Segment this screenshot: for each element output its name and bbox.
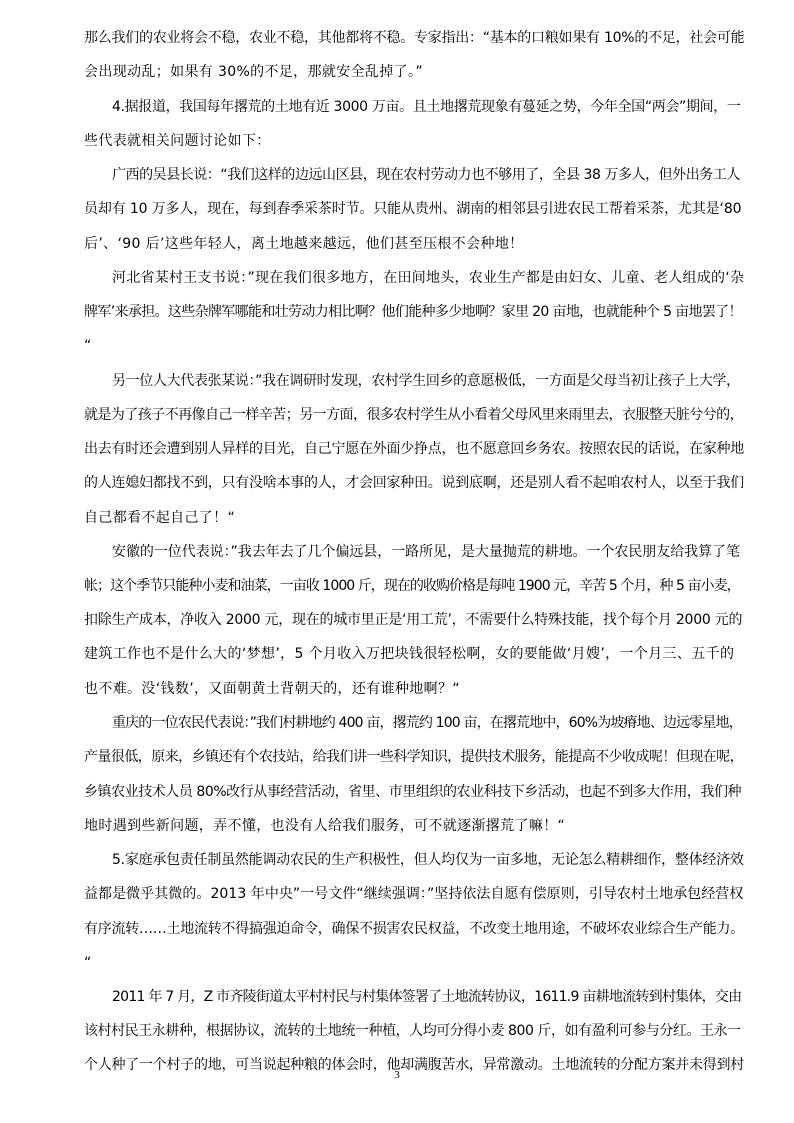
text-line: 河北省某村王支书说：”现在我们很多地方，在田间地头，农业生产都是由妇女、儿童、老… [112, 268, 744, 288]
text-line: 该村村民王永耕种，根据协议，流转的土地统一种植，人均可分得小麦 800 斤，如有… [84, 1021, 744, 1041]
text-line: 乡镇农业技术人员 80%改行从事经营活动，省里、市里组织的农业科技下乡活动，也起… [84, 782, 744, 802]
text-line: 出去有时还会遭到别人异样的目光，自己宁愿在外面少挣点，也不愿意回乡务农。按照农民… [84, 439, 744, 459]
text-line: 益都是微乎其微的。2013 年中央”一号文件“继续强调：”坚持依法自愿有偿原则，… [84, 884, 744, 904]
text-line: 后’、‘90 后’这些年轻人，离土地越来越远，他们甚至压根不会种地！ [84, 234, 744, 254]
text-line: 自己都看不起自己了！“ [84, 508, 744, 528]
text-line: 牌军’来承担。这些杂牌军哪能和壮劳动力相比啊？他们能种多少地啊？家里 20 亩地… [84, 302, 744, 322]
text-line: “ [84, 953, 744, 973]
text-line: “ [84, 336, 744, 356]
text-line: 5.家庭承包责任制虽然能调动农民的生产积极性，但人均仅为一亩多地，无论怎么精耕细… [112, 850, 744, 870]
document-page: 那么我们的农业将会不稳，农业不稳，其他都将不稳。专家指出：“基本的口粮如果有 1… [0, 0, 794, 1123]
text-line: 也不难。没‘钱数’，又面朝黄土背朝天的，还有谁种地啊？“ [84, 679, 744, 699]
text-line: 员却有 10 万多人，现在，每到春季采茶时节。只能从贵州、湖南的相邻县引进农民工… [84, 199, 744, 219]
page-number: 3 [0, 1069, 794, 1081]
text-line: 地时遇到些新问题，弄不懂，也没有人给我们服务，可不就逐渐撂荒了嘛！“ [84, 816, 744, 836]
text-line: 的人连媳妇都找不到，只有没啥本事的人，才会回家种田。说到底啊，还是别人看不起咱农… [84, 473, 744, 493]
text-line: 安徽的一位代表说：”我去年去了几个偏远县，一路所见，是大量抛荒的耕地。一个农民朋… [112, 542, 744, 562]
text-line: 帐；这个季节只能种小麦和油菜，一亩收 1000 斤，现在的收购价格是每吨 190… [84, 576, 744, 596]
text-line: 扣除生产成本，净收入 2000 元，现在的城市里正是‘用工荒’，不需要什么特殊技… [84, 610, 744, 630]
text-line: 另一位人大代表张某说：”我在调研时发现，农村学生回乡的意愿极低，一方面是父母当初… [112, 371, 744, 391]
text-line: 会出现动乱；如果有 30%的不足，那就安全乱掉了。” [84, 62, 744, 82]
text-line: 重庆的一位农民代表说：”我们村耕地约 400 亩，撂荒约 100 亩，在撂荒地中… [112, 713, 744, 733]
text-line: 些代表就相关问题讨论如下： [84, 131, 744, 151]
text-line: 2011 年 7 月，Z 市齐陵街道太平村村民与村集体签署了土地流转协议，161… [112, 987, 744, 1007]
text-line: 就是为了孩子不再像自己一样辛苦；另一方面，很多农村学生从小看着父母风里来雨里去，… [84, 405, 744, 425]
text-line: 那么我们的农业将会不稳，农业不稳，其他都将不稳。专家指出：“基本的口粮如果有 1… [84, 28, 744, 48]
text-line: 广西的吴县长说：“我们这样的边远山区县，现在农村劳动力也不够用了，全县 38 万… [112, 165, 744, 185]
text-line: 有序流转……土地流转不得搞强迫命令，确保不损害农民权益，不改变土地用途，不破坏农… [84, 919, 744, 939]
text-line: 4.据报道，我国每年撂荒的土地有近 3000 万亩。且土地撂荒现象有蔓延之势，今… [112, 97, 744, 117]
text-line: 建筑工作也不是什么大的‘梦想’，5 个月收入万把块钱很轻松啊，女的要能做‘月嫂’… [84, 644, 744, 664]
text-line: 产量很低，原来，乡镇还有个农技站，给我们讲一些科学知识，提供技术服务，能提高不少… [84, 747, 744, 767]
